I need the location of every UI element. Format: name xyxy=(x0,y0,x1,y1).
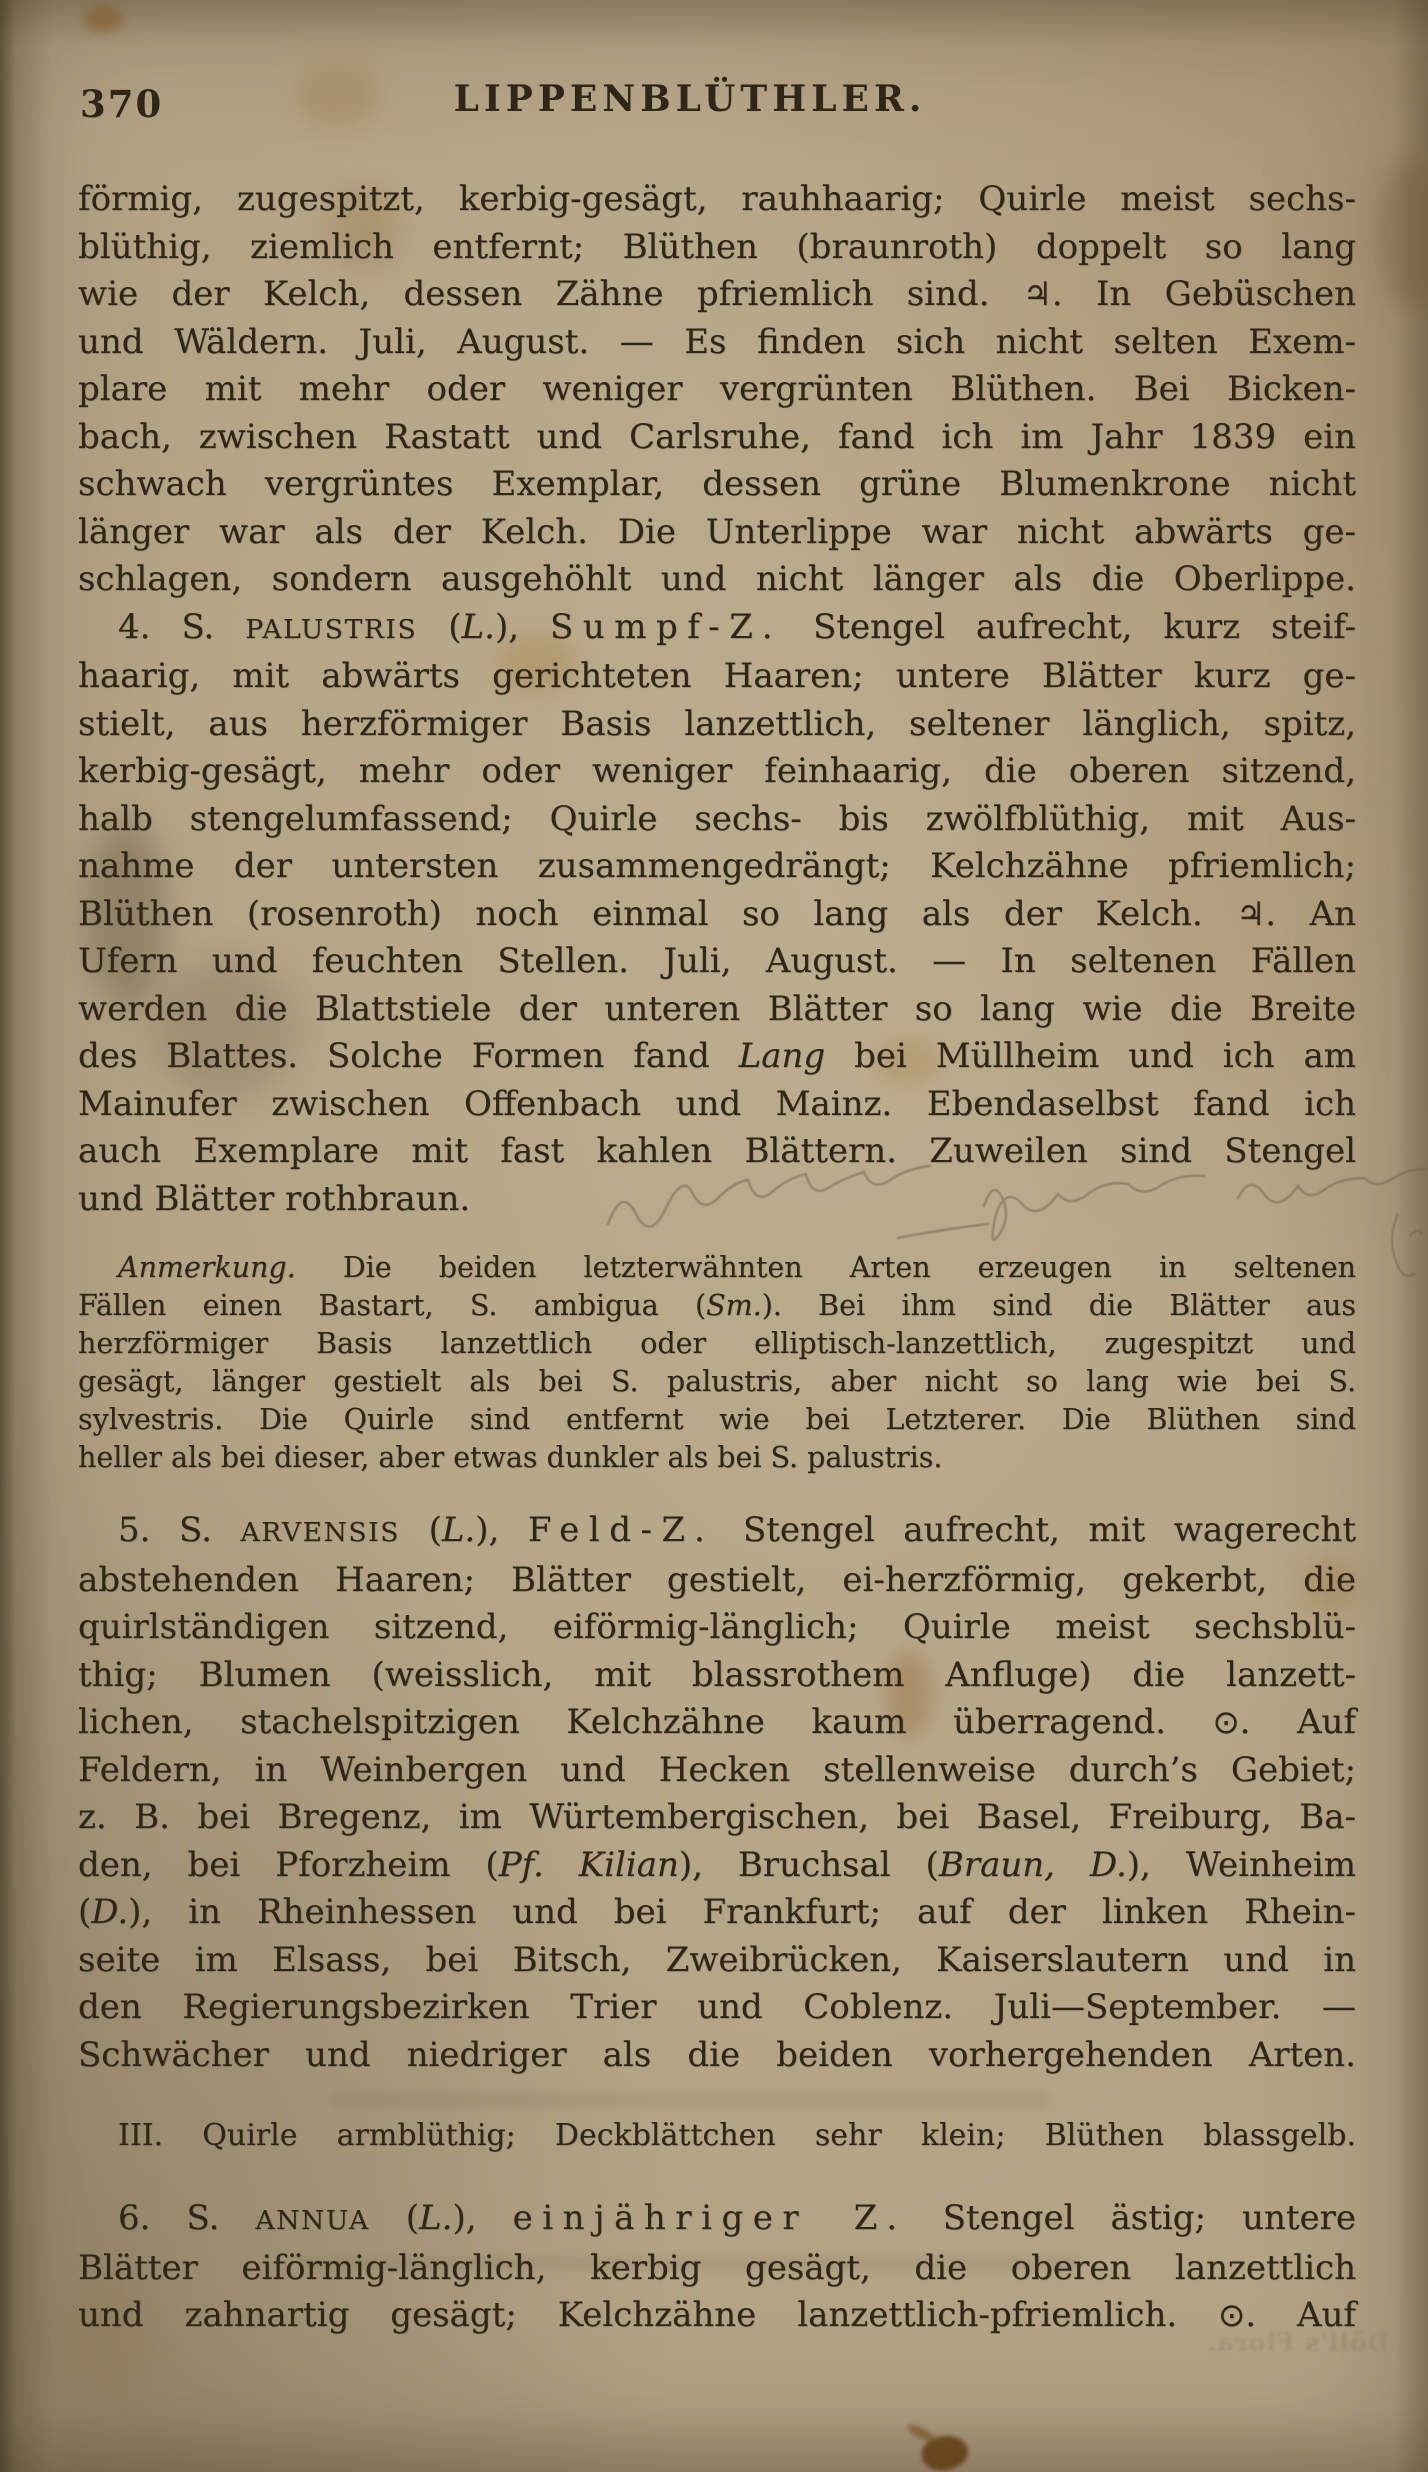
text-line: den Regierungsbezirken Trier und Coblenz… xyxy=(78,1984,1356,2032)
text-segment: werden die Blattstiele der unteren Blätt… xyxy=(78,989,1356,1029)
text-segment: bei Müllheim und ich am xyxy=(825,1036,1356,1076)
botanical-symbol: ♃ xyxy=(1023,275,1052,313)
text-segment: ), in Rheinhessen und bei Frankfurt; auf… xyxy=(128,1892,1356,1932)
text-segment: seite im Elsass, bei Bitsch, Zweibrücken… xyxy=(78,1940,1356,1980)
text-line: 5. S. ARVENSIS (L.), Feld-Z. Stengel auf… xyxy=(78,1507,1356,1557)
text-segment: heller als bei dieser, aber etwas dunkle… xyxy=(78,1441,942,1474)
text-line: blüthig, ziemlich entfernt; Blüthen (bra… xyxy=(78,224,1356,272)
text-segment: gesägt, länger gestielt als bei S. palus… xyxy=(78,1365,1356,1398)
paragraph-species-5-arvensis: 5. S. ARVENSIS (L.), Feld-Z. Stengel auf… xyxy=(78,1507,1356,2079)
text-line: gesägt, länger gestielt als bei S. palus… xyxy=(78,1363,1356,1401)
text-segment: Feld-Z. xyxy=(528,1510,714,1550)
text-segment: blüthig, ziemlich entfernt; Blüthen (bra… xyxy=(78,227,1356,267)
text-segment: L. xyxy=(419,2198,452,2238)
text-line: des Blattes. Solche Formen fand Lang bei… xyxy=(78,1033,1356,1081)
text-line: stielt, aus herzförmiger Basis lanzettli… xyxy=(78,701,1356,749)
text-line: haarig, mit abwärts gerichteten Haaren; … xyxy=(78,653,1356,701)
text-segment: kerbig-gesägt, mehr oder weniger feinhaa… xyxy=(78,751,1356,791)
text-segment: 4. S. xyxy=(118,607,245,647)
text-segment: ), xyxy=(495,607,550,647)
dark-spot-tail xyxy=(905,2422,936,2444)
text-line: nahme der untersten zusammengedrängt; Ke… xyxy=(78,843,1356,891)
text-segment: Stengel aufrecht, kurz steif- xyxy=(782,607,1356,647)
text-segment: Mainufer zwischen Offenbach und Mainz. E… xyxy=(78,1084,1356,1124)
text-line: (D.), in Rheinhessen und bei Frankfurt; … xyxy=(78,1889,1356,1937)
text-segment: z. B. bei Bregenz, im Würtembergischen, … xyxy=(78,1797,1356,1837)
paragraph-note-anmerkung: Anmerkung. Die beiden letzterwähnten Art… xyxy=(78,1249,1356,1477)
text-segment: Blüthen (rosenroth) noch einmal so lang … xyxy=(78,894,1236,934)
book-page: 370 LIPPENBLÜTHLER. förmig, zugespitzt, … xyxy=(0,0,1428,2472)
text-segment: haarig, mit abwärts gerichteten Haaren; … xyxy=(78,656,1356,696)
text-segment: Anmerkung. xyxy=(118,1251,296,1284)
paragraph-species-6-annua: 6. S. ANNUA (L.), einjähriger Z. Stengel… xyxy=(78,2195,1356,2340)
text-segment: förmig, zugespitzt, kerbig-gesägt, rauhh… xyxy=(78,179,1356,219)
text-line: Blätter eiförmig-länglich, kerbig gesägt… xyxy=(78,2245,1356,2293)
text-line: lichen, stachelspitzigen Kelchzähne kaum… xyxy=(78,1699,1356,1747)
text-line: länger war als der Kelch. Die Unterlippe… xyxy=(78,509,1356,557)
text-line: halb stengelumfassend; Quirle sechs- bis… xyxy=(78,796,1356,844)
text-segment: schwach vergrüntes Exemplar, dessen grün… xyxy=(78,464,1356,504)
text-segment: Pf. Kilian xyxy=(499,1845,679,1885)
text-segment: ( xyxy=(417,607,461,647)
text-segment: Schwächer und niedriger als die beiden v… xyxy=(78,2035,1356,2075)
text-segment: Ufern und feuchten Stellen. Juli, August… xyxy=(78,941,1356,981)
text-line: kerbig-gesägt, mehr oder weniger feinhaa… xyxy=(78,748,1356,796)
text-segment: Braun, D. xyxy=(939,1845,1127,1885)
text-line: Schwächer und niedriger als die beiden v… xyxy=(78,2032,1356,2080)
text-line: den, bei Pforzheim (Pf. Kilian), Bruchsa… xyxy=(78,1842,1356,1890)
pencil-annotation xyxy=(598,1146,1428,1266)
text-line: und zahnartig gesägt; Kelchzähne lanzett… xyxy=(78,2292,1356,2340)
running-title: LIPPENBLÜTHLER. xyxy=(78,78,1302,120)
text-segment: ARVENSIS xyxy=(241,1517,400,1548)
text-line: z. B. bei Bregenz, im Würtembergischen, … xyxy=(78,1794,1356,1842)
showthrough-text: Döll's Flora. xyxy=(1178,2328,1418,2357)
page-header: 370 LIPPENBLÜTHLER. xyxy=(78,78,1356,128)
text-line: werden die Blattstiele der unteren Blätt… xyxy=(78,986,1356,1034)
text-segment: 5. S. xyxy=(118,1510,241,1550)
text-segment: L. xyxy=(442,1510,475,1550)
text-segment: ), xyxy=(452,2198,512,2238)
text-segment: plare mit mehr oder weniger vergrünten B… xyxy=(78,369,1356,409)
text-line: 4. S. PALUSTRIS (L.), Sumpf-Z. Stengel a… xyxy=(78,604,1356,654)
pencil-annotation-margin xyxy=(1384,1208,1428,1292)
text-line: schlagen, sondern ausgehöhlt und nicht l… xyxy=(78,556,1356,604)
text-segment: herzförmiger Basis lanzettlich oder elli… xyxy=(78,1327,1356,1360)
text-segment: PALUSTRIS xyxy=(245,614,417,645)
text-segment: Sumpf-Z. xyxy=(550,607,782,647)
text-segment: lichen, stachelspitzigen Kelchzähne kaum… xyxy=(78,1702,1213,1742)
text-segment: und Wäldern. Juli, August. — Es finden s… xyxy=(78,322,1356,362)
text-segment: und Blätter rothbraun. xyxy=(78,1179,470,1219)
botanical-symbol: ⊙ xyxy=(1213,1703,1240,1741)
text-segment: und zahnartig gesägt; Kelchzähne lanzett… xyxy=(78,2295,1218,2335)
text-line: heller als bei dieser, aber etwas dunkle… xyxy=(78,1439,1356,1477)
text-segment: Blätter eiförmig-länglich, kerbig gesägt… xyxy=(78,2248,1356,2288)
text-line: Feldern, in Weinbergen und Hecken stelle… xyxy=(78,1747,1356,1795)
text-segment: III. Quirle armblüthig; Deckblättchen se… xyxy=(118,2118,1356,2153)
text-segment: abstehenden Haaren; Blätter gestielt, ei… xyxy=(78,1560,1356,1600)
text-line: und Wäldern. Juli, August. — Es finden s… xyxy=(78,319,1356,367)
text-segment: thig; Blumen (weisslich, mit blassrothem… xyxy=(78,1655,1356,1695)
text-line: abstehenden Haaren; Blätter gestielt, ei… xyxy=(78,1557,1356,1605)
text-segment: D. xyxy=(91,1892,128,1932)
paragraph-continuation-sylvestris: förmig, zugespitzt, kerbig-gesägt, rauhh… xyxy=(78,176,1356,604)
text-segment: ), Bruchsal ( xyxy=(679,1845,939,1885)
text-segment: wie der Kelch, dessen Zähne pfriemlich s… xyxy=(78,274,1023,314)
text-line: wie der Kelch, dessen Zähne pfriemlich s… xyxy=(78,271,1356,319)
text-segment: Fällen einen Bastart, S. ambigua ( xyxy=(78,1289,706,1322)
text-segment: Sm. xyxy=(706,1289,762,1322)
text-segment: einjähriger Z. xyxy=(513,2198,907,2238)
text-segment: halb stengelumfassend; Quirle sechs- bis… xyxy=(78,799,1356,839)
text-segment: stielt, aus herzförmiger Basis lanzettli… xyxy=(78,704,1356,744)
text-segment: ( xyxy=(400,1510,442,1550)
text-line: quirlständigen sitzend, eiförmig-länglic… xyxy=(78,1604,1356,1652)
text-segment: den Regierungsbezirken Trier und Coblenz… xyxy=(78,1987,1356,2027)
text-segment: Stengel aufrecht, mit wagerecht xyxy=(714,1510,1356,1550)
text-segment: . In Gebüschen xyxy=(1052,274,1356,314)
paragraph-species-4-palustris: 4. S. PALUSTRIS (L.), Sumpf-Z. Stengel a… xyxy=(78,604,1356,1224)
botanical-symbol: ♃ xyxy=(1236,895,1265,933)
text-line: förmig, zugespitzt, kerbig-gesägt, rauhh… xyxy=(78,176,1356,224)
text-line: Blüthen (rosenroth) noch einmal so lang … xyxy=(78,891,1356,939)
text-segment: ANNUA xyxy=(255,2205,369,2236)
text-segment: ( xyxy=(78,1892,91,1932)
text-line: Ufern und feuchten Stellen. Juli, August… xyxy=(78,938,1356,986)
text-segment: bach, zwischen Rastatt und Carlsruhe, fa… xyxy=(78,417,1356,457)
text-line: Fällen einen Bastart, S. ambigua (Sm.). … xyxy=(78,1287,1356,1325)
text-segment: des Blattes. Solche Formen fand xyxy=(78,1036,739,1076)
text-line: III. Quirle armblüthig; Deckblättchen se… xyxy=(78,2117,1356,2155)
text-line: thig; Blumen (weisslich, mit blassrothem… xyxy=(78,1652,1356,1700)
text-segment: L. xyxy=(462,607,495,647)
text-segment: quirlständigen sitzend, eiförmig-länglic… xyxy=(78,1607,1356,1647)
text-line: herzförmiger Basis lanzettlich oder elli… xyxy=(78,1325,1356,1363)
text-segment: länger war als der Kelch. Die Unterlippe… xyxy=(78,512,1356,552)
text-segment: Stengel ästig; untere xyxy=(907,2198,1356,2238)
text-line: sylvestris. Die Quirle sind entfernt wie… xyxy=(78,1401,1356,1439)
text-line: bach, zwischen Rastatt und Carlsruhe, fa… xyxy=(78,414,1356,462)
text-segment: schlagen, sondern ausgehöhlt und nicht l… xyxy=(78,559,1356,599)
text-segment: Feldern, in Weinbergen und Hecken stelle… xyxy=(78,1750,1356,1790)
text-segment: ). Bei ihm sind die Blätter aus xyxy=(762,1289,1356,1322)
fox-stain xyxy=(1380,158,1428,310)
text-line: schwach vergrüntes Exemplar, dessen grün… xyxy=(78,461,1356,509)
text-line: 6. S. ANNUA (L.), einjähriger Z. Stengel… xyxy=(78,2195,1356,2245)
text-segment: ), xyxy=(475,1510,528,1550)
text-line: seite im Elsass, bei Bitsch, Zweibrücken… xyxy=(78,1937,1356,1985)
text-line: Mainufer zwischen Offenbach und Mainz. E… xyxy=(78,1081,1356,1129)
text-segment: ( xyxy=(370,2198,419,2238)
text-segment: den, bei Pforzheim ( xyxy=(78,1845,499,1885)
text-segment: ), Weinheim xyxy=(1127,1845,1356,1885)
text-segment: . Auf xyxy=(1240,1702,1356,1742)
paragraph-section-iii: III. Quirle armblüthig; Deckblättchen se… xyxy=(78,2117,1356,2155)
text-line: plare mit mehr oder weniger vergrünten B… xyxy=(78,366,1356,414)
text-segment: . An xyxy=(1265,894,1356,934)
text-segment: nahme der untersten zusammengedrängt; Ke… xyxy=(78,846,1356,886)
text-segment: Lang xyxy=(739,1036,826,1076)
fox-stain xyxy=(84,6,122,32)
text-segment: 6. S. xyxy=(118,2198,255,2238)
dark-spot xyxy=(918,2431,971,2472)
text-segment: sylvestris. Die Quirle sind entfernt wie… xyxy=(78,1403,1356,1436)
